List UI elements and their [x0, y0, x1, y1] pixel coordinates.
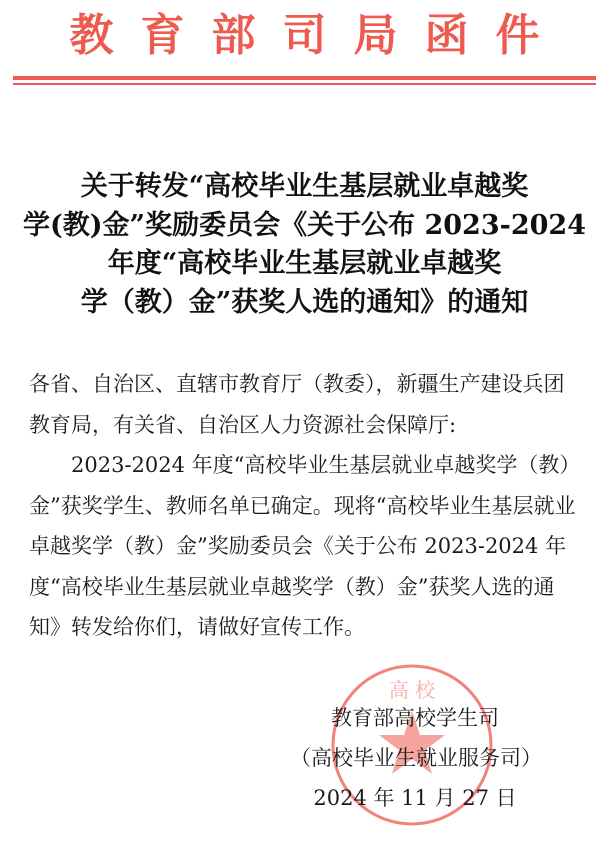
masthead-title: 教育部司局函件	[0, 8, 609, 64]
issue-date: 2024 年 11 月 27 日	[290, 778, 540, 818]
title-line: 关于转发“高校毕业生基层就业卓越奖	[0, 168, 609, 207]
masthead-divider-thin	[13, 83, 596, 85]
title-line: 学(教)金”奖励委员会《关于公布 2023-2024	[0, 207, 609, 246]
masthead-divider-thick	[13, 76, 596, 80]
document-title: 关于转发“高校毕业生基层就业卓越奖 学(教)金”奖励委员会《关于公布 2023-…	[0, 168, 609, 322]
salutation: 各省、自治区、直辖市教育厅（教委），新疆生产建设兵团教育局，有关省、自治区人力资…	[29, 364, 584, 445]
title-line: 学（教）金”获奖人选的通知》的通知	[0, 284, 609, 323]
signature-block: 教育部高校学生司 （高校毕业生就业服务司） 2024 年 11 月 27 日	[290, 698, 540, 818]
issuer-name: 教育部高校学生司	[290, 698, 540, 738]
document-body: 各省、自治区、直辖市教育厅（教委），新疆生产建设兵团教育局，有关省、自治区人力资…	[29, 364, 584, 648]
issuer-alias: （高校毕业生就业服务司）	[290, 738, 540, 778]
title-line: 年度“高校毕业生基层就业卓越奖	[0, 245, 609, 284]
body-paragraph: 2023-2024 年度“高校毕业生基层就业卓越奖学（教）金”获奖学生、教师名单…	[29, 445, 584, 648]
